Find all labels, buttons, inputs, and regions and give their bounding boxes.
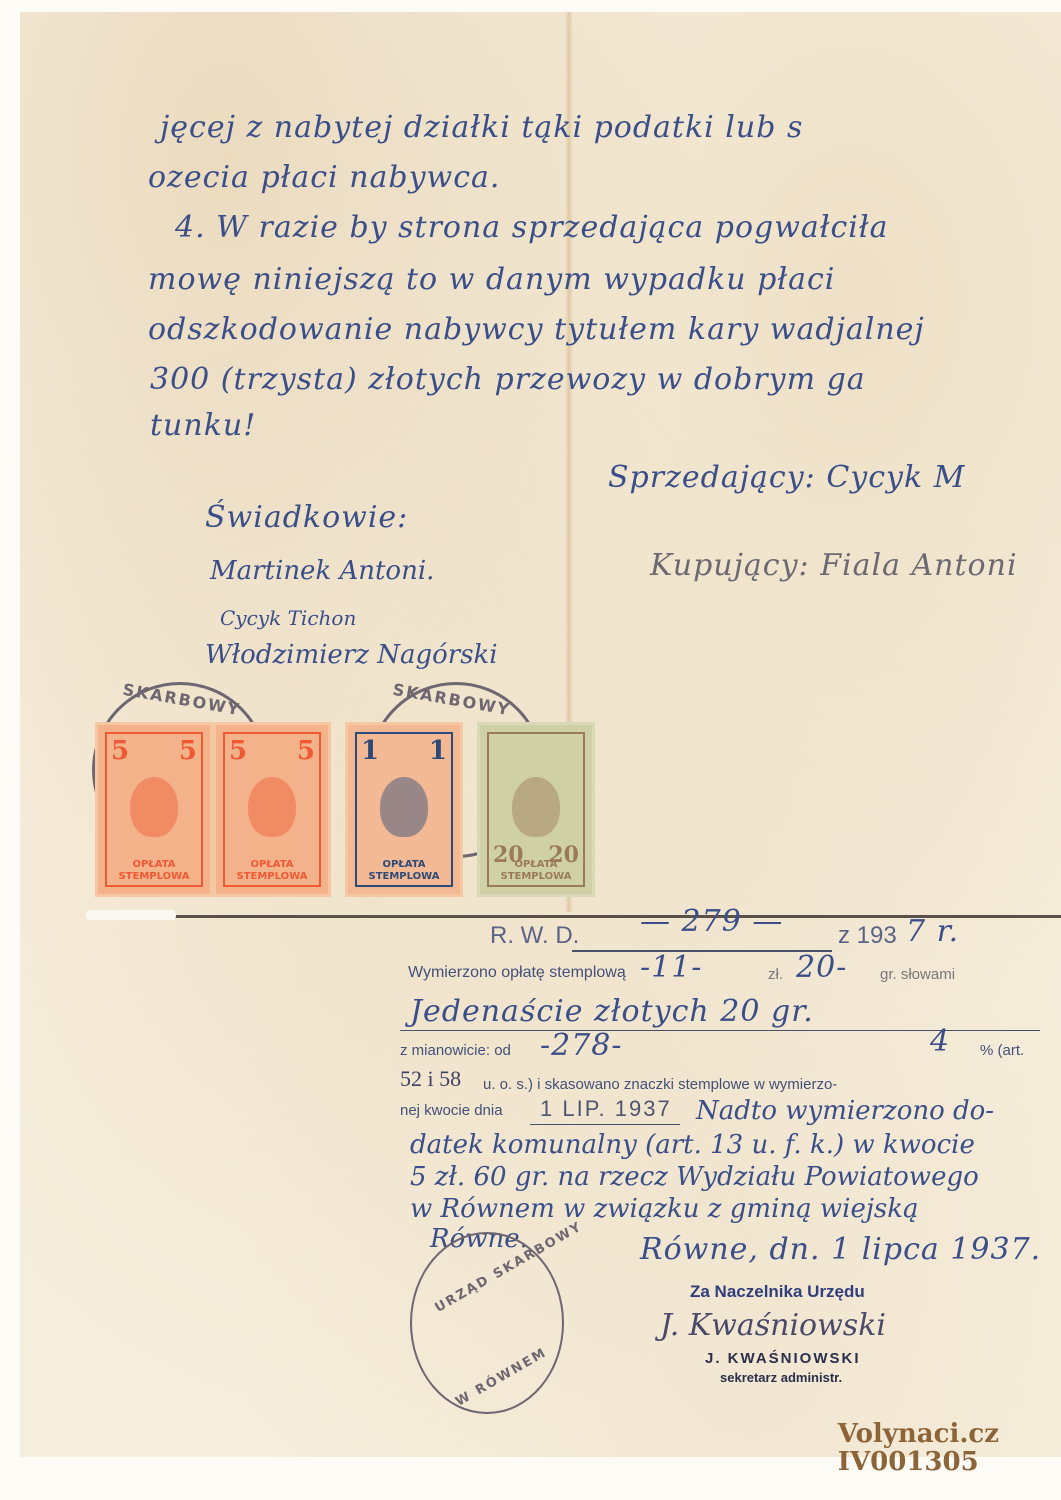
body-line-3: 4. W razie by strona sprzedająca pogwałc… — [175, 210, 889, 245]
watermark: Volynaci.cz IV001305 — [838, 1420, 999, 1476]
body-line-5: odszkodowanie nabywcy tytułem kary wadja… — [148, 312, 925, 347]
body-line-1: jęcej z nabytej działki tąki podatki lub… — [160, 110, 803, 145]
assessed-zl: -11- — [640, 950, 702, 985]
base-amount: -278- — [540, 1028, 623, 1063]
addendum-line-4: w Równem w związku z gminą wiejską — [410, 1194, 919, 1224]
addendum-line-2: datek komunalny (art. 13 u. f. k.) w kwo… — [410, 1130, 975, 1160]
stamp-value-left: 5 — [229, 736, 247, 766]
rwd-label: R. W. D. — [490, 922, 579, 950]
stamp-label-top: OPŁATA — [133, 859, 176, 870]
articles-suffix: u. o. s.) i skasowano znaczki stemplowe … — [483, 1076, 837, 1093]
eagle-emblem-icon — [248, 777, 296, 837]
stamp-label: OPŁATASTEMPLOWA — [487, 859, 585, 883]
accordingly-label: z mianowicie: od — [400, 1042, 511, 1059]
stamp-value-right: 1 — [429, 736, 447, 766]
stamp-label-bottom: STEMPLOWA — [369, 871, 440, 882]
buyer-name: Fiala Antoni — [820, 548, 1017, 583]
revenue-stamp: 11OPŁATASTEMPLOWA — [345, 722, 463, 897]
revenue-stamp: 2020OPŁATASTEMPLOWA — [477, 722, 595, 897]
body-line-7: tunku! — [150, 408, 256, 443]
revenue-stamp: 55OPŁATASTEMPLOWA — [213, 722, 331, 897]
zl-label: zł. — [768, 966, 783, 983]
seller-label: Sprzedający: — [608, 460, 816, 495]
date-stamp: 1 LIP. 1937 — [540, 1096, 672, 1122]
percent-value: 4 — [930, 1024, 950, 1059]
percent-label: % (art. — [980, 1042, 1024, 1059]
signatory-title: sekretarz administr. — [720, 1370, 842, 1385]
year-prefix: z 193 — [838, 922, 897, 950]
stamp-label-bottom: STEMPLOWA — [119, 871, 190, 882]
addendum-line-3: 5 zł. 60 gr. na rzecz Wydziału Powiatowe… — [410, 1162, 979, 1192]
body-line-2: ozecia płaci nabywca. — [148, 160, 500, 195]
addendum-line-1: Nadto wymierzono do- — [696, 1096, 994, 1126]
watermark-site: Volynaci.cz — [838, 1420, 999, 1448]
rwd-number: — 279 — — [640, 904, 783, 939]
eagle-emblem-icon — [512, 777, 560, 837]
on-behalf-label: Za Naczelnika Urzędu — [690, 1282, 865, 1302]
stamp-value-left: 5 — [111, 736, 129, 766]
stamp-label-bottom: STEMPLOWA — [237, 871, 308, 882]
eagle-emblem-icon — [380, 777, 428, 837]
assessed-gr: 20- — [796, 950, 847, 985]
paper-tear — [86, 910, 176, 920]
stamp-label-top: OPŁATA — [515, 859, 558, 870]
articles: 52 i 58 — [400, 1066, 461, 1092]
witness-1: Martinek Antoni. — [210, 556, 434, 586]
stamp-label-top: OPŁATA — [383, 859, 426, 870]
revenue-stamp: 55OPŁATASTEMPLOWA — [95, 722, 213, 897]
amount-in-words: Jedenaście złotych 20 gr. — [410, 994, 814, 1029]
date-underline — [530, 1124, 680, 1125]
witness-2: Cycyk Tichon — [220, 606, 356, 630]
body-line-4: mowę niniejszą to w danym wypadku płaci — [148, 262, 835, 297]
stamp-value-right: 5 — [297, 736, 315, 766]
witnesses-heading: Świadkowie: — [205, 500, 408, 535]
seller-name: Cycyk M — [826, 460, 965, 495]
witness-3: Włodzimierz Nagórski — [205, 640, 498, 670]
signatory-name: J. KWAŚNIOWSKI — [705, 1350, 861, 1367]
gr-words-label: gr. słowami — [880, 966, 955, 983]
place-date: Równe, dn. 1 lipca 1937. — [640, 1232, 1041, 1267]
seller-signature: Sprzedający: Cycyk M — [608, 460, 965, 495]
amount-line-label: nej kwocie dnia — [400, 1102, 503, 1119]
year-suffix: 7 r. — [906, 914, 959, 949]
stamp-label: OPŁATASTEMPLOWA — [105, 859, 203, 883]
stamp-label-bottom: STEMPLOWA — [501, 871, 572, 882]
eagle-emblem-icon — [130, 777, 178, 837]
stamp-value-right: 5 — [179, 736, 197, 766]
buyer-signature: Kupujący: Fiala Antoni — [650, 548, 1018, 583]
buyer-label: Kupujący: — [650, 548, 810, 583]
official-signature: J. Kwaśniowski — [660, 1308, 886, 1343]
watermark-id: IV001305 — [838, 1448, 999, 1476]
stamp-label: OPŁATASTEMPLOWA — [355, 859, 453, 883]
body-line-6: 300 (trzysta) złotych przewozy w dobrym … — [150, 362, 866, 397]
stamp-label-top: OPŁATA — [251, 859, 294, 870]
stamp-value-left: 1 — [361, 736, 379, 766]
assessed-label: Wymierzono opłatę stemplową — [408, 964, 626, 982]
stamp-label: OPŁATASTEMPLOWA — [223, 859, 321, 883]
